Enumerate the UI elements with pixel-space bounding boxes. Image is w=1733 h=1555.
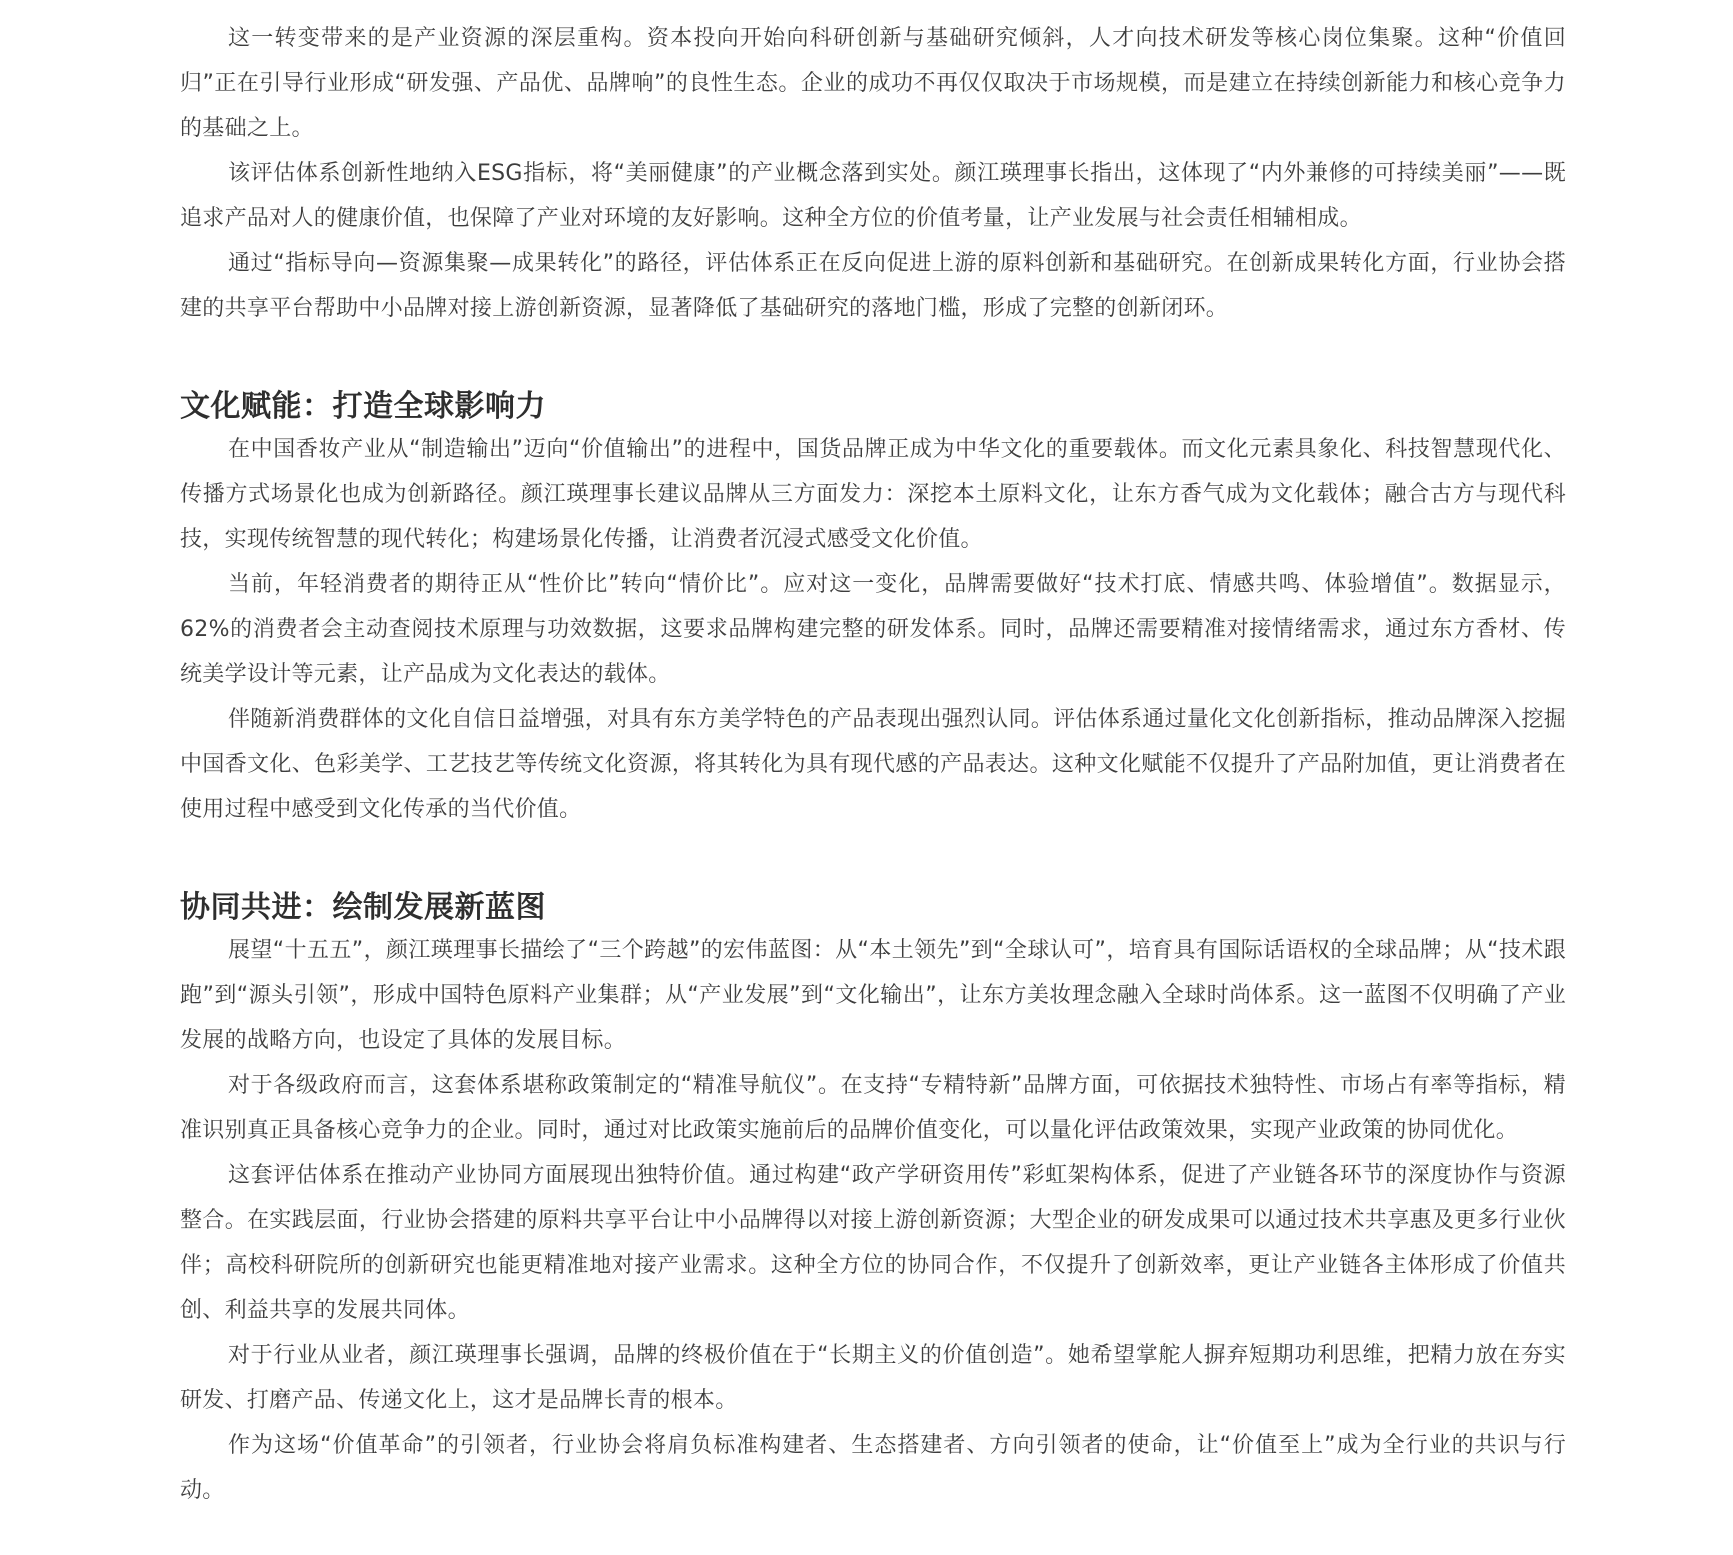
section-spacer (180, 331, 1566, 379)
article-body: 这一转变带来的是产业资源的深层重构。资本投向开始向科研创新与基础研究倾斜，人才向… (180, 16, 1566, 1513)
section-heading: 文化赋能：打造全球影响力 (180, 387, 1566, 427)
paragraph: 对于各级政府而言，这套体系堪称政策制定的“精准导航仪”。在支持“专精特新”品牌方… (180, 1063, 1566, 1153)
paragraph: 这一转变带来的是产业资源的深层重构。资本投向开始向科研创新与基础研究倾斜，人才向… (180, 16, 1566, 151)
paragraph: 通过“指标导向—资源集聚—成果转化”的路径，评估体系正在反向促进上游的原料创新和… (180, 241, 1566, 331)
section-spacer (180, 832, 1566, 880)
paragraph: 展望“十五五”，颜江瑛理事长描绘了“三个跨越”的宏伟蓝图：从“本土领先”到“全球… (180, 928, 1566, 1063)
section-cultural-empowerment: 文化赋能：打造全球影响力 在中国香妆产业从“制造输出”迈向“价值输出”的进程中，… (180, 379, 1566, 832)
paragraph: 该评估体系创新性地纳入ESG指标，将“美丽健康”的产业概念落到实处。颜江瑛理事长… (180, 151, 1566, 241)
paragraph: 对于行业从业者，颜江瑛理事长强调，品牌的终极价值在于“长期主义的价值创造”。她希… (180, 1333, 1566, 1423)
paragraph: 伴随新消费群体的文化自信日益增强，对具有东方美学特色的产品表现出强烈认同。评估体… (180, 697, 1566, 832)
paragraph: 作为这场“价值革命”的引领者，行业协会将肩负标准构建者、生态搭建者、方向引领者的… (180, 1423, 1566, 1513)
section-heading: 协同共进：绘制发展新蓝图 (180, 888, 1566, 928)
intro-section: 这一转变带来的是产业资源的深层重构。资本投向开始向科研创新与基础研究倾斜，人才向… (180, 16, 1566, 331)
paragraph: 这套评估体系在推动产业协同方面展现出独特价值。通过构建“政产学研资用传”彩虹架构… (180, 1153, 1566, 1333)
paragraph: 当前，年轻消费者的期待正从“性价比”转向“情价比”。应对这一变化，品牌需要做好“… (180, 562, 1566, 697)
section-collaborative-progress: 协同共进：绘制发展新蓝图 展望“十五五”，颜江瑛理事长描绘了“三个跨越”的宏伟蓝… (180, 880, 1566, 1513)
paragraph: 在中国香妆产业从“制造输出”迈向“价值输出”的进程中，国货品牌正成为中华文化的重… (180, 427, 1566, 562)
